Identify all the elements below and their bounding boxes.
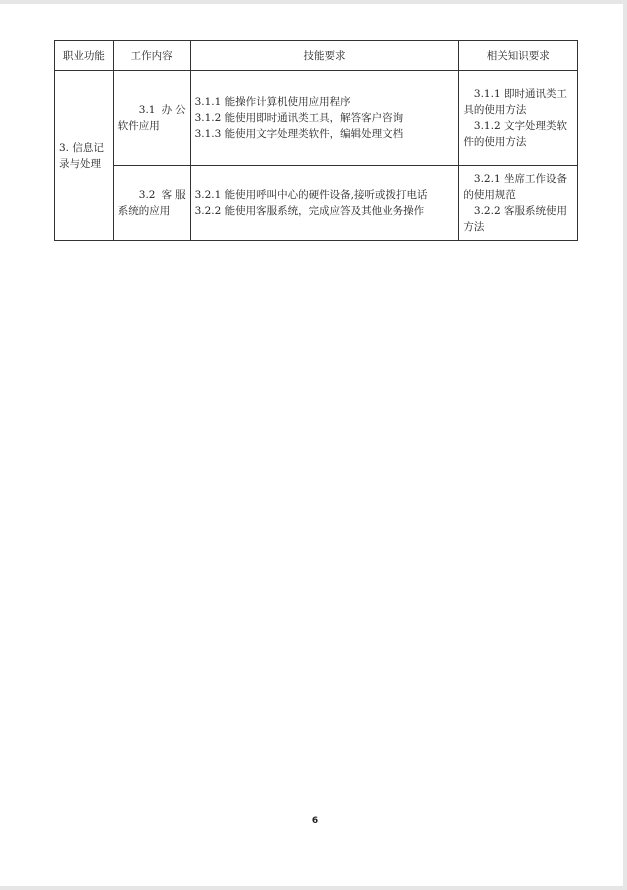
skill-item: 3.2.1 能使用呼叫中心的硬件设备,接听或拨打电话 — [195, 187, 455, 203]
header-work-content: 工作内容 — [113, 41, 190, 71]
header-skill-requirements: 技能要求 — [190, 41, 459, 71]
skill-item: 3.1.1 能操作计算机使用应用程序 — [195, 94, 455, 110]
knowledge-requirements-cell: 3.1.1 即时通讯类工具的使用方法 3.1.2 文字处理类软件的使用方法 — [459, 71, 578, 166]
skill-item: 3.1.2 能使用即时通讯类工具，解答客户咨询 — [195, 110, 455, 126]
knowledge-item: 3.2.2 客服系统使用方法 — [463, 203, 573, 235]
work-content-cell: 3.1 办公软件应用 — [113, 71, 190, 166]
knowledge-item: 3.1.2 文字处理类软件的使用方法 — [463, 118, 573, 150]
page-number: 6 — [0, 816, 627, 826]
knowledge-item: 3.2.1 坐席工作设备的使用规范 — [463, 171, 573, 203]
skill-requirements-cell: 3.2.1 能使用呼叫中心的硬件设备,接听或拨打电话 3.2.2 能使用客服系统… — [190, 166, 459, 241]
skills-requirements-table: 职业功能 工作内容 技能要求 相关知识要求 3. 信息记录与处理 3.1 办公软… — [54, 40, 578, 241]
header-knowledge-requirements: 相关知识要求 — [459, 41, 578, 71]
skill-item: 3.2.2 能使用客服系统，完成应答及其他业务操作 — [195, 203, 455, 219]
document-page: 职业功能 工作内容 技能要求 相关知识要求 3. 信息记录与处理 3.1 办公软… — [0, 4, 623, 886]
skill-requirements-cell: 3.1.1 能操作计算机使用应用程序 3.1.2 能使用即时通讯类工具，解答客户… — [190, 71, 459, 166]
knowledge-requirements-cell: 3.2.1 坐席工作设备的使用规范 3.2.2 客服系统使用方法 — [459, 166, 578, 241]
work-content-cell: 3.2 客服系统的应用 — [113, 166, 190, 241]
knowledge-item: 3.1.1 即时通讯类工具的使用方法 — [463, 86, 573, 118]
table-row: 3.2 客服系统的应用 3.2.1 能使用呼叫中心的硬件设备,接听或拨打电话 3… — [55, 166, 578, 241]
table-row: 3. 信息记录与处理 3.1 办公软件应用 3.1.1 能操作计算机使用应用程序… — [55, 71, 578, 166]
skill-item: 3.1.3 能使用文字处理类软件，编辑处理文档 — [195, 126, 455, 142]
occupational-function-cell: 3. 信息记录与处理 — [55, 71, 114, 241]
header-occupational-function: 职业功能 — [55, 41, 114, 71]
table-header-row: 职业功能 工作内容 技能要求 相关知识要求 — [55, 41, 578, 71]
